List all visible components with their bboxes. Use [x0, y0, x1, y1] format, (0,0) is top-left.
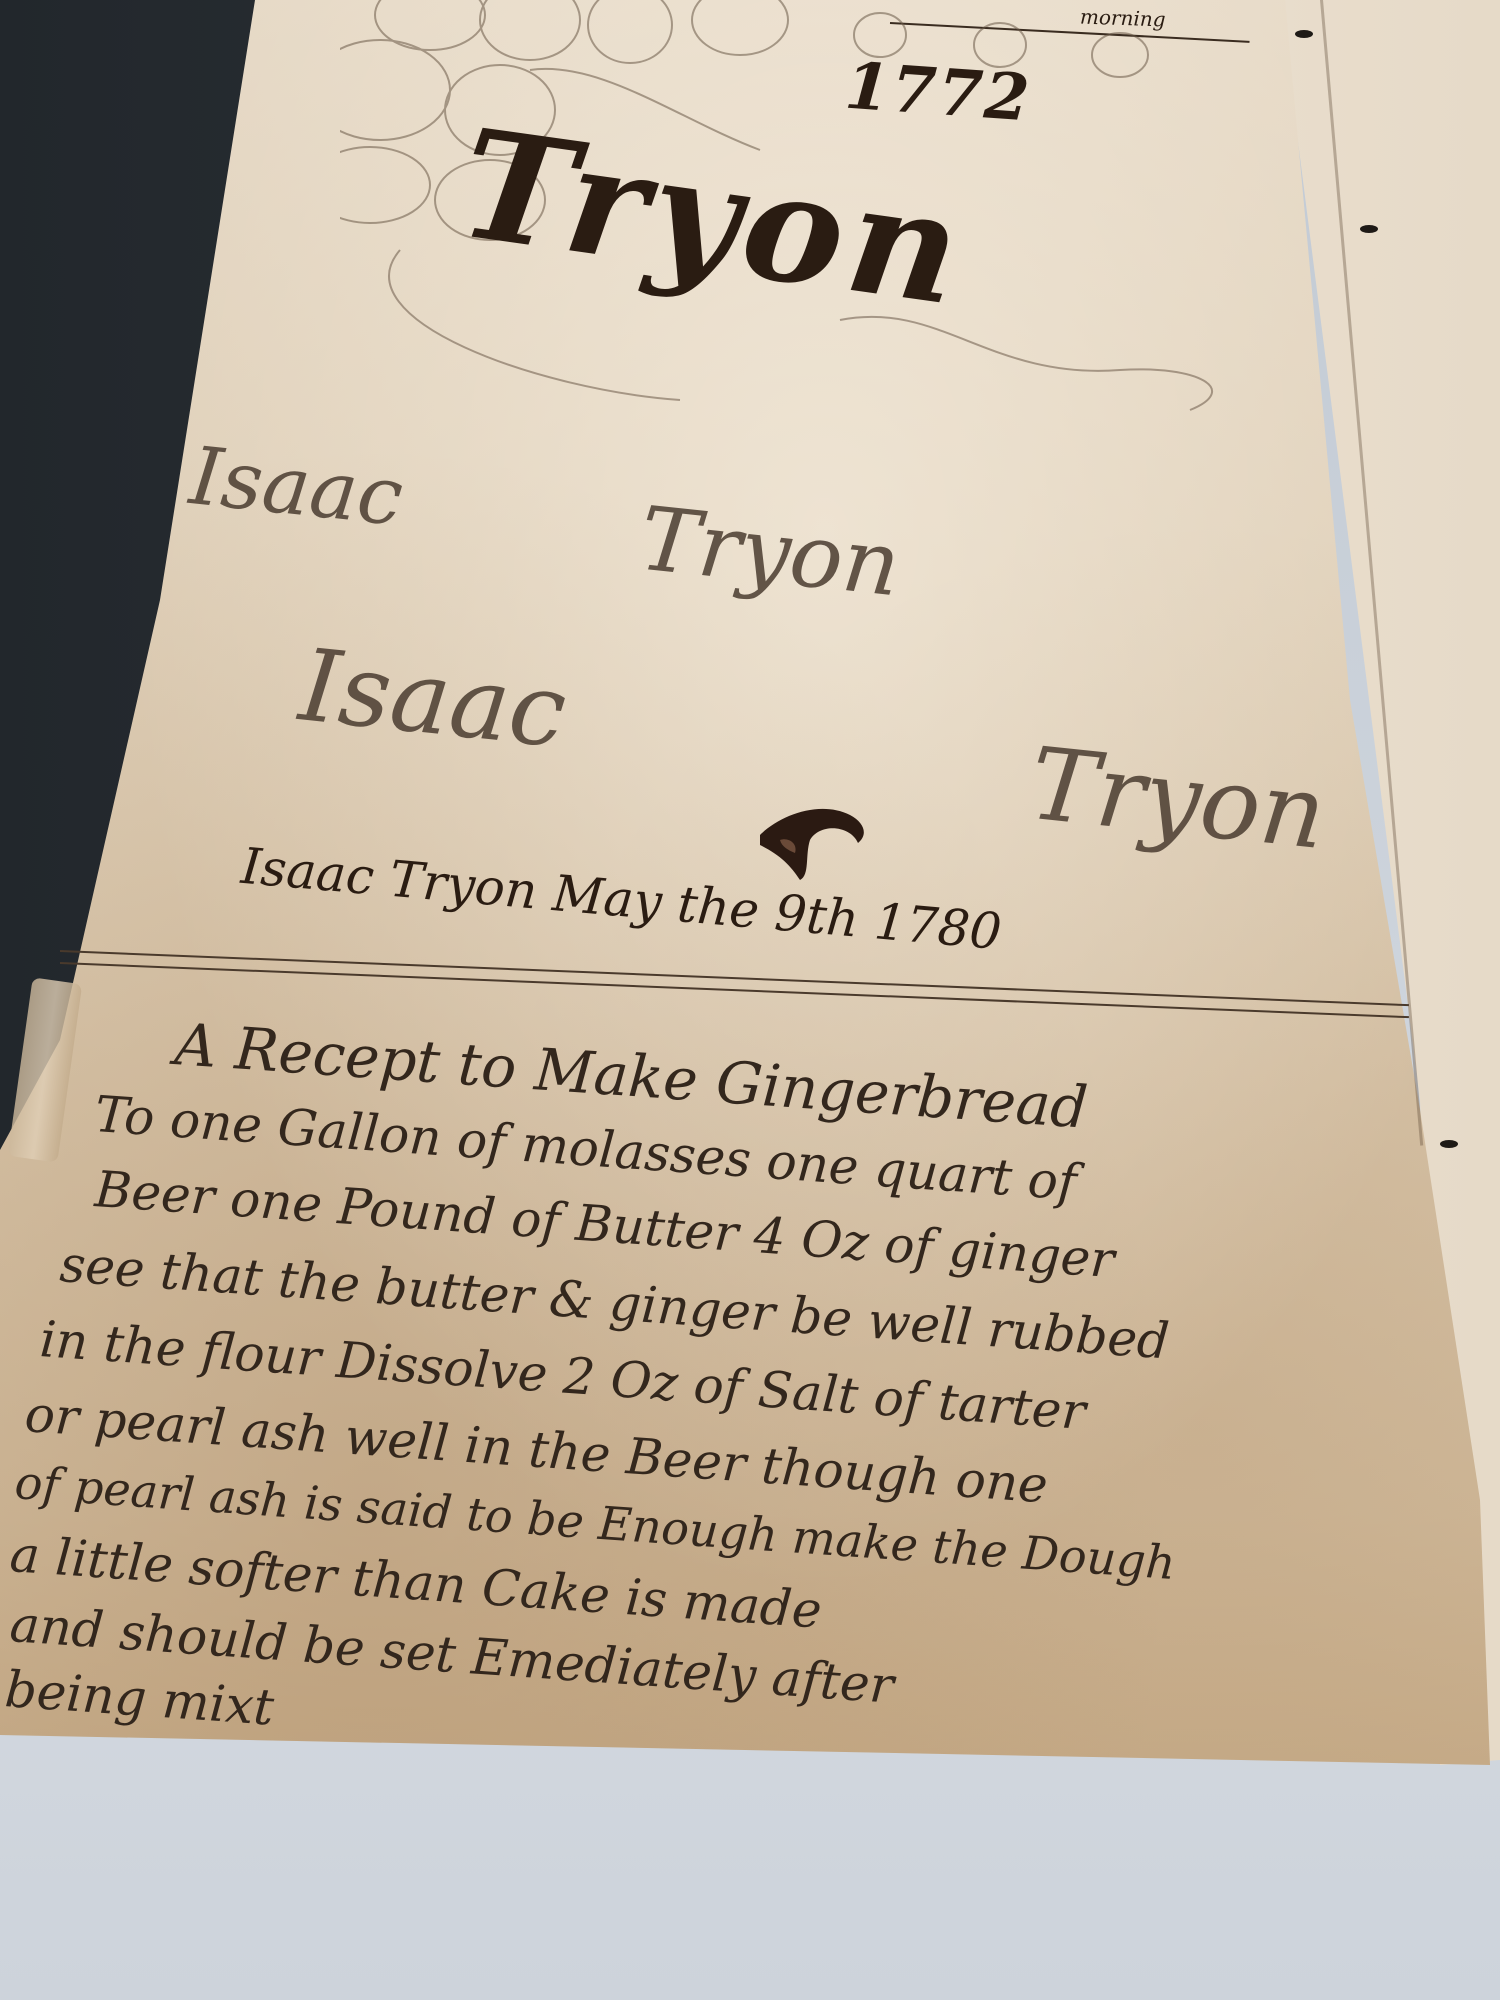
stitch-hole — [1440, 1140, 1458, 1148]
year: 1772 — [843, 49, 1034, 137]
stitch-hole — [1295, 30, 1313, 38]
stitch-hole — [1360, 225, 1378, 233]
ink-blot — [750, 795, 870, 885]
